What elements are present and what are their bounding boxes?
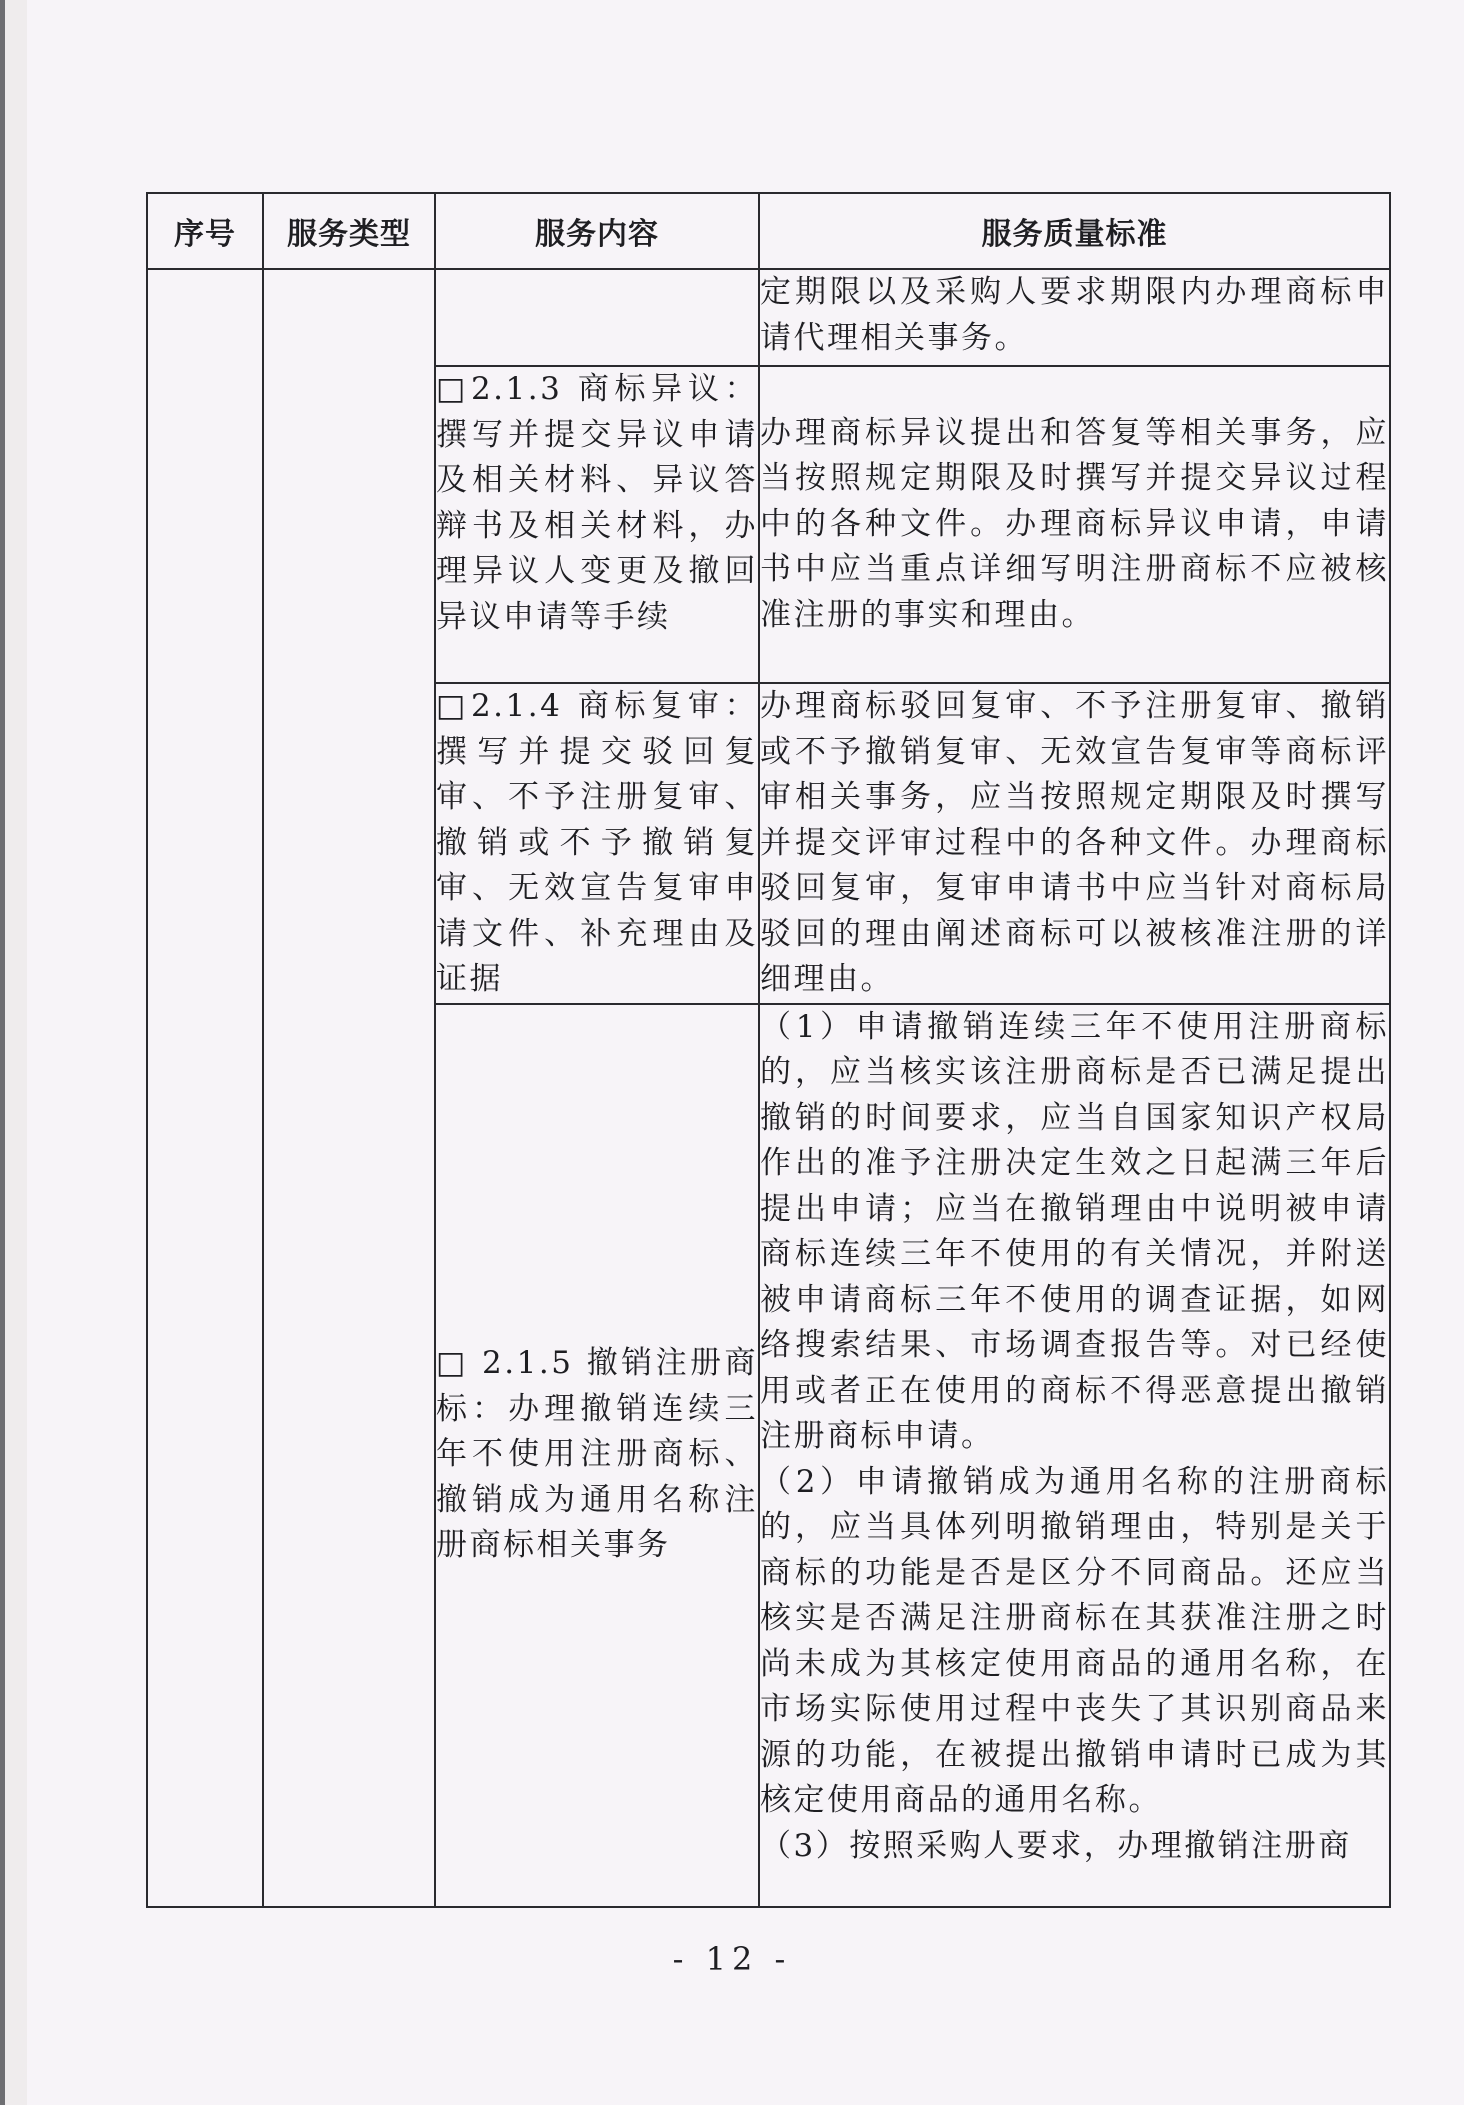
header-service-type: 服务类型	[263, 193, 435, 269]
standard-paragraph: （1）申请撤销连续三年不使用注册商标的，应当核实该注册商标是否已满足提出撤销的时…	[760, 1005, 1389, 1460]
standard-paragraph: （3）按照采购人要求，办理撤销注册商	[760, 1824, 1389, 1870]
cell-service-type	[263, 269, 435, 1907]
cell-quality-standard: 办理商标异议提出和答复等相关事务，应当按照规定期限及时撰写并提交异议过程中的各种…	[759, 366, 1390, 683]
service-standards-table: 序号 服务类型 服务内容 服务质量标准 定期限以及采购人要求期限内办理商标申请代…	[146, 192, 1391, 1908]
cell-service-content: □2.1.4 商标复审：撰写并提交驳回复审、不予注册复审、撤销或不予撤销复审、无…	[435, 683, 759, 1004]
standard-paragraph: 办理商标异议提出和答复等相关事务，应当按照规定期限及时撰写并提交异议过程中的各种…	[760, 411, 1389, 639]
header-seq: 序号	[147, 193, 263, 269]
standard-paragraph: 办理商标驳回复审、不予注册复审、撤销或不予撤销复审、无效宣告复审等商标评审相关事…	[760, 684, 1389, 1003]
cell-service-content: □2.1.3 商标异议：撰写并提交异议申请及相关材料、异议答辩书及相关材料，办理…	[435, 366, 759, 683]
header-service-content: 服务内容	[435, 193, 759, 269]
page-number: - 12 -	[0, 1940, 1464, 1978]
cell-seq	[147, 269, 263, 1907]
cell-service-content	[435, 269, 759, 366]
standard-paragraph: 定期限以及采购人要求期限内办理商标申请代理相关事务。	[760, 270, 1389, 361]
table-row: 定期限以及采购人要求期限内办理商标申请代理相关事务。	[147, 269, 1390, 366]
table-header-row: 序号 服务类型 服务内容 服务质量标准	[147, 193, 1390, 269]
header-quality-standard: 服务质量标准	[759, 193, 1390, 269]
scan-margin	[5, 0, 27, 2105]
cell-quality-standard: 定期限以及采购人要求期限内办理商标申请代理相关事务。	[759, 269, 1390, 366]
cell-quality-standard: 办理商标驳回复审、不予注册复审、撤销或不予撤销复审、无效宣告复审等商标评审相关事…	[759, 683, 1390, 1004]
cell-service-content: □ 2.1.5 撤销注册商标：办理撤销连续三年不使用注册商标、撤销成为通用名称注…	[435, 1004, 759, 1907]
cell-quality-standard: （1）申请撤销连续三年不使用注册商标的，应当核实该注册商标是否已满足提出撤销的时…	[759, 1004, 1390, 1907]
standard-paragraph: （2）申请撤销成为通用名称的注册商标的，应当具体列明撤销理由，特别是关于商标的功…	[760, 1460, 1389, 1824]
